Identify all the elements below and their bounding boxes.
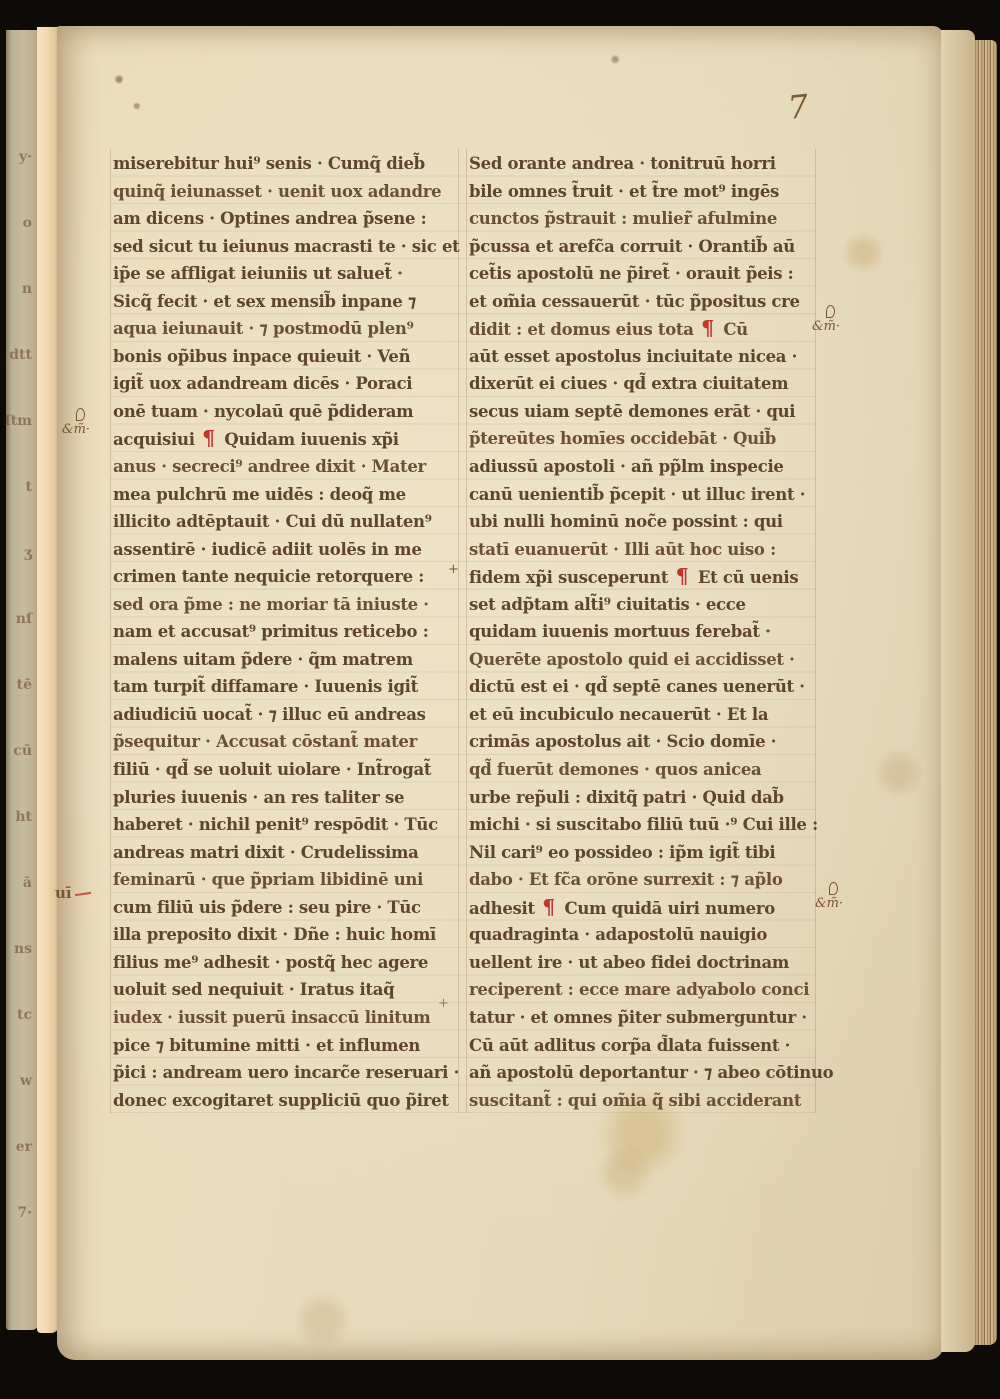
text-line: bonis op̃ibus inpace quieuit · Veñ bbox=[113, 343, 465, 371]
text-line: cum filiū uis p̃dere : seu pire · Tūc bbox=[113, 894, 465, 922]
text-line: cet̃is apostolū ne p̃iret̃ · orauit p̃ei… bbox=[469, 260, 821, 288]
text-line: p̃ici : andream uero incarc̃e reseruari … bbox=[113, 1059, 465, 1087]
text-line: cunctos p̃strauit : mulier̃ afulmine bbox=[469, 205, 821, 233]
bleed-through-fragment: y· bbox=[4, 150, 32, 164]
text-line: adiussū apostoli · añ pp̃lm inspecie bbox=[469, 453, 821, 481]
text-line: tam turpit̃ diffamare · Iuuenis igit̃ bbox=[113, 673, 465, 701]
bleed-through-text-fragments: y·ondttſtmtʒnſtēcūhtānstcwer7· bbox=[6, 30, 38, 1220]
text-line: suscitant̃ : qui om̃ia q̃ sibi accideran… bbox=[469, 1087, 821, 1115]
bleed-through-fragment: o bbox=[4, 216, 32, 230]
text-line: secus uiam septē demones erāt · qui bbox=[469, 398, 821, 426]
text-line: sed sicut tu ieiunus macrasti te · sic e… bbox=[113, 233, 465, 261]
bleed-through-fragment: 7· bbox=[4, 1206, 32, 1220]
stacked-leaf-edges bbox=[973, 40, 997, 1345]
marginal-text: &m̃· bbox=[815, 896, 843, 911]
text-line: feminarū · que p̃priam libidinē uni bbox=[113, 866, 465, 894]
manuscript-photo: y·ondttſtmtʒnſtēcūhtānstcwer7· 7 misereb… bbox=[0, 0, 1000, 1399]
text-line: illicito adtēptauit · Cui dū nullaten⁹ bbox=[113, 508, 465, 536]
text-line: iudex · iussit puerū insaccū linitum bbox=[113, 1004, 465, 1032]
text-line: quadraginta · adapostolū nauigio bbox=[469, 921, 821, 949]
text-line: qd̃ fuerūt demones · quos anicea bbox=[469, 756, 821, 784]
bleed-through-fragment: ʒ bbox=[4, 546, 32, 560]
text-column-left: miserebitur hui⁹ senis · Cumq̃ dieb̃quin… bbox=[113, 150, 465, 1114]
text-line: sed ora p̃me : ne moriar tā iniuste · bbox=[113, 591, 465, 619]
marginal-cross-upper: + bbox=[448, 562, 459, 577]
marginal-text: &m̃· bbox=[812, 319, 840, 334]
bleed-through-fragment: er bbox=[4, 1140, 32, 1154]
gutter-page-edge bbox=[37, 27, 59, 1333]
bleed-through-fragment: ſtm bbox=[4, 414, 32, 428]
text-line: dabo · Et fc̃a orōne surrexit : ⁊ ap̃lo bbox=[469, 866, 821, 894]
text-line: crimen tante nequicie retorquere : bbox=[113, 563, 465, 591]
text-line: Nil cari⁹ eo possideo : ip̃m igit̃ tibi bbox=[469, 839, 821, 867]
pilcrow-rubric-mark: ¶ bbox=[540, 895, 559, 919]
text-line: et eū incubiculo necauerūt · Et la bbox=[469, 701, 821, 729]
text-line: Querēte apostolo quid ei accidisset · bbox=[469, 646, 821, 674]
bleed-through-fragment: ht bbox=[4, 810, 32, 824]
correction-loop-glyph bbox=[76, 408, 85, 421]
text-line: p̃sequitur · Accusat cōstant̃ mater bbox=[113, 728, 465, 756]
text-line: dictū est ei · qd̃ septē canes uenerūt · bbox=[469, 673, 821, 701]
text-line: illa preposito dixit · Dñe : huic homī bbox=[113, 921, 465, 949]
text-line: Sed orante andrea · tonitruū horri bbox=[469, 150, 821, 178]
bleed-through-fragment: tē bbox=[4, 678, 32, 692]
text-line: reciperent : ecce mare adyabolo conci bbox=[469, 976, 821, 1004]
text-line: statī euanuerūt · Illi aūt hoc uiso : bbox=[469, 536, 821, 564]
text-line: assentirē · iudicē adiit uolēs in me bbox=[113, 536, 465, 564]
bleed-through-fragment: n bbox=[4, 282, 32, 296]
pilcrow-rubric-mark: ¶ bbox=[200, 426, 219, 450]
text-line: canū uenientib̃ p̃cepit · ut illuc irent… bbox=[469, 481, 821, 509]
bleed-through-fragment: tc bbox=[4, 1008, 32, 1022]
text-line: dixerūt ei ciues · qd̃ extra ciuitatem bbox=[469, 370, 821, 398]
text-line: añ apostolū deportantur · ⁊ abeo cōtinuo bbox=[469, 1059, 821, 1087]
marginal-cross-lower: + bbox=[438, 996, 449, 1011]
text-line: filius me⁹ adhesit · postq̃ hec agere bbox=[113, 949, 465, 977]
text-line: donec excogitaret suppliciū quo p̃iret bbox=[113, 1087, 465, 1115]
text-line: am dicens · Optines andrea p̃sene : bbox=[113, 205, 465, 233]
bleed-through-fragment: w bbox=[4, 1074, 32, 1088]
marginal-correction-mark-right-upper: &m̃· bbox=[812, 305, 840, 334]
text-line: nam et accusat⁹ primitus reticebo : bbox=[113, 618, 465, 646]
text-line: uellent ire · ut abeo fidei doctrinam bbox=[469, 949, 821, 977]
marginal-text: &m̃· bbox=[62, 422, 90, 437]
correction-loop-glyph bbox=[829, 882, 838, 895]
pilcrow-rubric-mark: ¶ bbox=[699, 316, 718, 340]
text-line: crimās apostolus ait · Scio domīe · bbox=[469, 728, 821, 756]
text-line: acquisiui ¶ Quidam iuuenis xp̃i bbox=[113, 425, 465, 453]
text-line: malens uitam p̃dere · q̃m matrem bbox=[113, 646, 465, 674]
text-line: p̃cussa et arefc̃a corruit · Orantib̃ aū bbox=[469, 233, 821, 261]
bleed-through-fragment: ns bbox=[4, 942, 32, 956]
text-line: mea pulchrū me uidēs : deoq̃ me bbox=[113, 481, 465, 509]
bleed-through-fragment: t bbox=[4, 480, 32, 494]
text-line: adiudiciū uocat̃ · ⁊ illuc eū andreas bbox=[113, 701, 465, 729]
text-line: urbe rep̃uli : dixitq̃ patri · Quid dab̃ bbox=[469, 784, 821, 812]
marginal-insertion-note: uī bbox=[55, 884, 91, 902]
text-line: set adp̃tam alt̃i⁹ ciuitatis · ecce bbox=[469, 591, 821, 619]
text-line: filiū · qd̃ se uoluit uiolare · Int̃roga… bbox=[113, 756, 465, 784]
text-line: aqua ieiunauit · ⁊ postmodū plen⁹ bbox=[113, 315, 465, 343]
text-line: igit̃ uox adandream dicēs · Poraci bbox=[113, 370, 465, 398]
text-line: onē tuam · nycolaū quē p̃dideram bbox=[113, 398, 465, 426]
text-line: pice ⁊ bitumine mitti · et influmen bbox=[113, 1032, 465, 1060]
text-line: Cū aūt adlitus corp̃a d̃lata fuissent · bbox=[469, 1032, 821, 1060]
pilcrow-rubric-mark: ¶ bbox=[674, 564, 693, 588]
page-fore-edge bbox=[941, 30, 975, 1352]
text-line: pluries iuuenis · an res taliter se bbox=[113, 784, 465, 812]
text-line: michi · si suscitabo filiū tuū ·⁹ Cui il… bbox=[469, 811, 821, 839]
red-insertion-dash bbox=[75, 892, 91, 896]
text-line: miserebitur hui⁹ senis · Cumq̃ dieb̃ bbox=[113, 150, 465, 178]
marginal-correction-mark-left: &m̃· bbox=[62, 408, 90, 437]
text-line: p̃tereūtes homīes occidebāt · Quib̃ bbox=[469, 425, 821, 453]
text-line: ip̃e se affligat ieiuniis ut saluet̃ · bbox=[113, 260, 465, 288]
text-line: aūt esset apostolus inciuitate nicea · bbox=[469, 343, 821, 371]
text-line: tatur · et omnes p̃iter submerguntur · bbox=[469, 1004, 821, 1032]
text-line: et om̃ia cessauerūt · tūc p̃positus cre bbox=[469, 288, 821, 316]
text-line: quinq̃ ieiunasset · uenit uox adandre bbox=[113, 178, 465, 206]
bleed-through-fragment: nſ bbox=[4, 612, 32, 626]
text-line: haberet · nichil penit⁹ respōdit · Tūc bbox=[113, 811, 465, 839]
text-line: fidem xp̃i susceperunt ¶ Et cū uenis bbox=[469, 563, 821, 591]
marginal-correction-mark-right-lower: &m̃· bbox=[815, 882, 843, 911]
text-column-right: Sed orante andrea · tonitruū horribile o… bbox=[469, 150, 821, 1114]
folio-number: 7 bbox=[786, 87, 810, 127]
correction-loop-glyph bbox=[826, 305, 835, 318]
bleed-through-fragment: ā bbox=[4, 876, 32, 890]
text-line: bile omnes t̃ruit · et t̃re mot⁹ ingēs bbox=[469, 178, 821, 206]
text-line: didit : et domus eius tota ¶ Cū bbox=[469, 315, 821, 343]
text-line: adhesit ¶ Cum quidā uiri numero bbox=[469, 894, 821, 922]
text-line: Sicq̃ fecit · et sex mensib̃ inpane ⁊ bbox=[113, 288, 465, 316]
text-line: quidam iuuenis mortuus ferebat̃ · bbox=[469, 618, 821, 646]
text-line: ubi nulli hominū noc̃e possint : qui bbox=[469, 508, 821, 536]
bleed-through-fragment: cū bbox=[4, 744, 32, 758]
text-line: uoluit sed nequiuit · Iratus itaq̃ bbox=[113, 976, 465, 1004]
text-line: anus · secreci⁹ andree dixit · Mater bbox=[113, 453, 465, 481]
text-line: andreas matri dixit · Crudelissima bbox=[113, 839, 465, 867]
marginal-text: uī bbox=[55, 884, 72, 902]
previous-folio-edge: y·ondttſtmtʒnſtēcūhtānstcwer7· bbox=[6, 30, 38, 1330]
bleed-through-fragment: dtt bbox=[4, 348, 32, 362]
